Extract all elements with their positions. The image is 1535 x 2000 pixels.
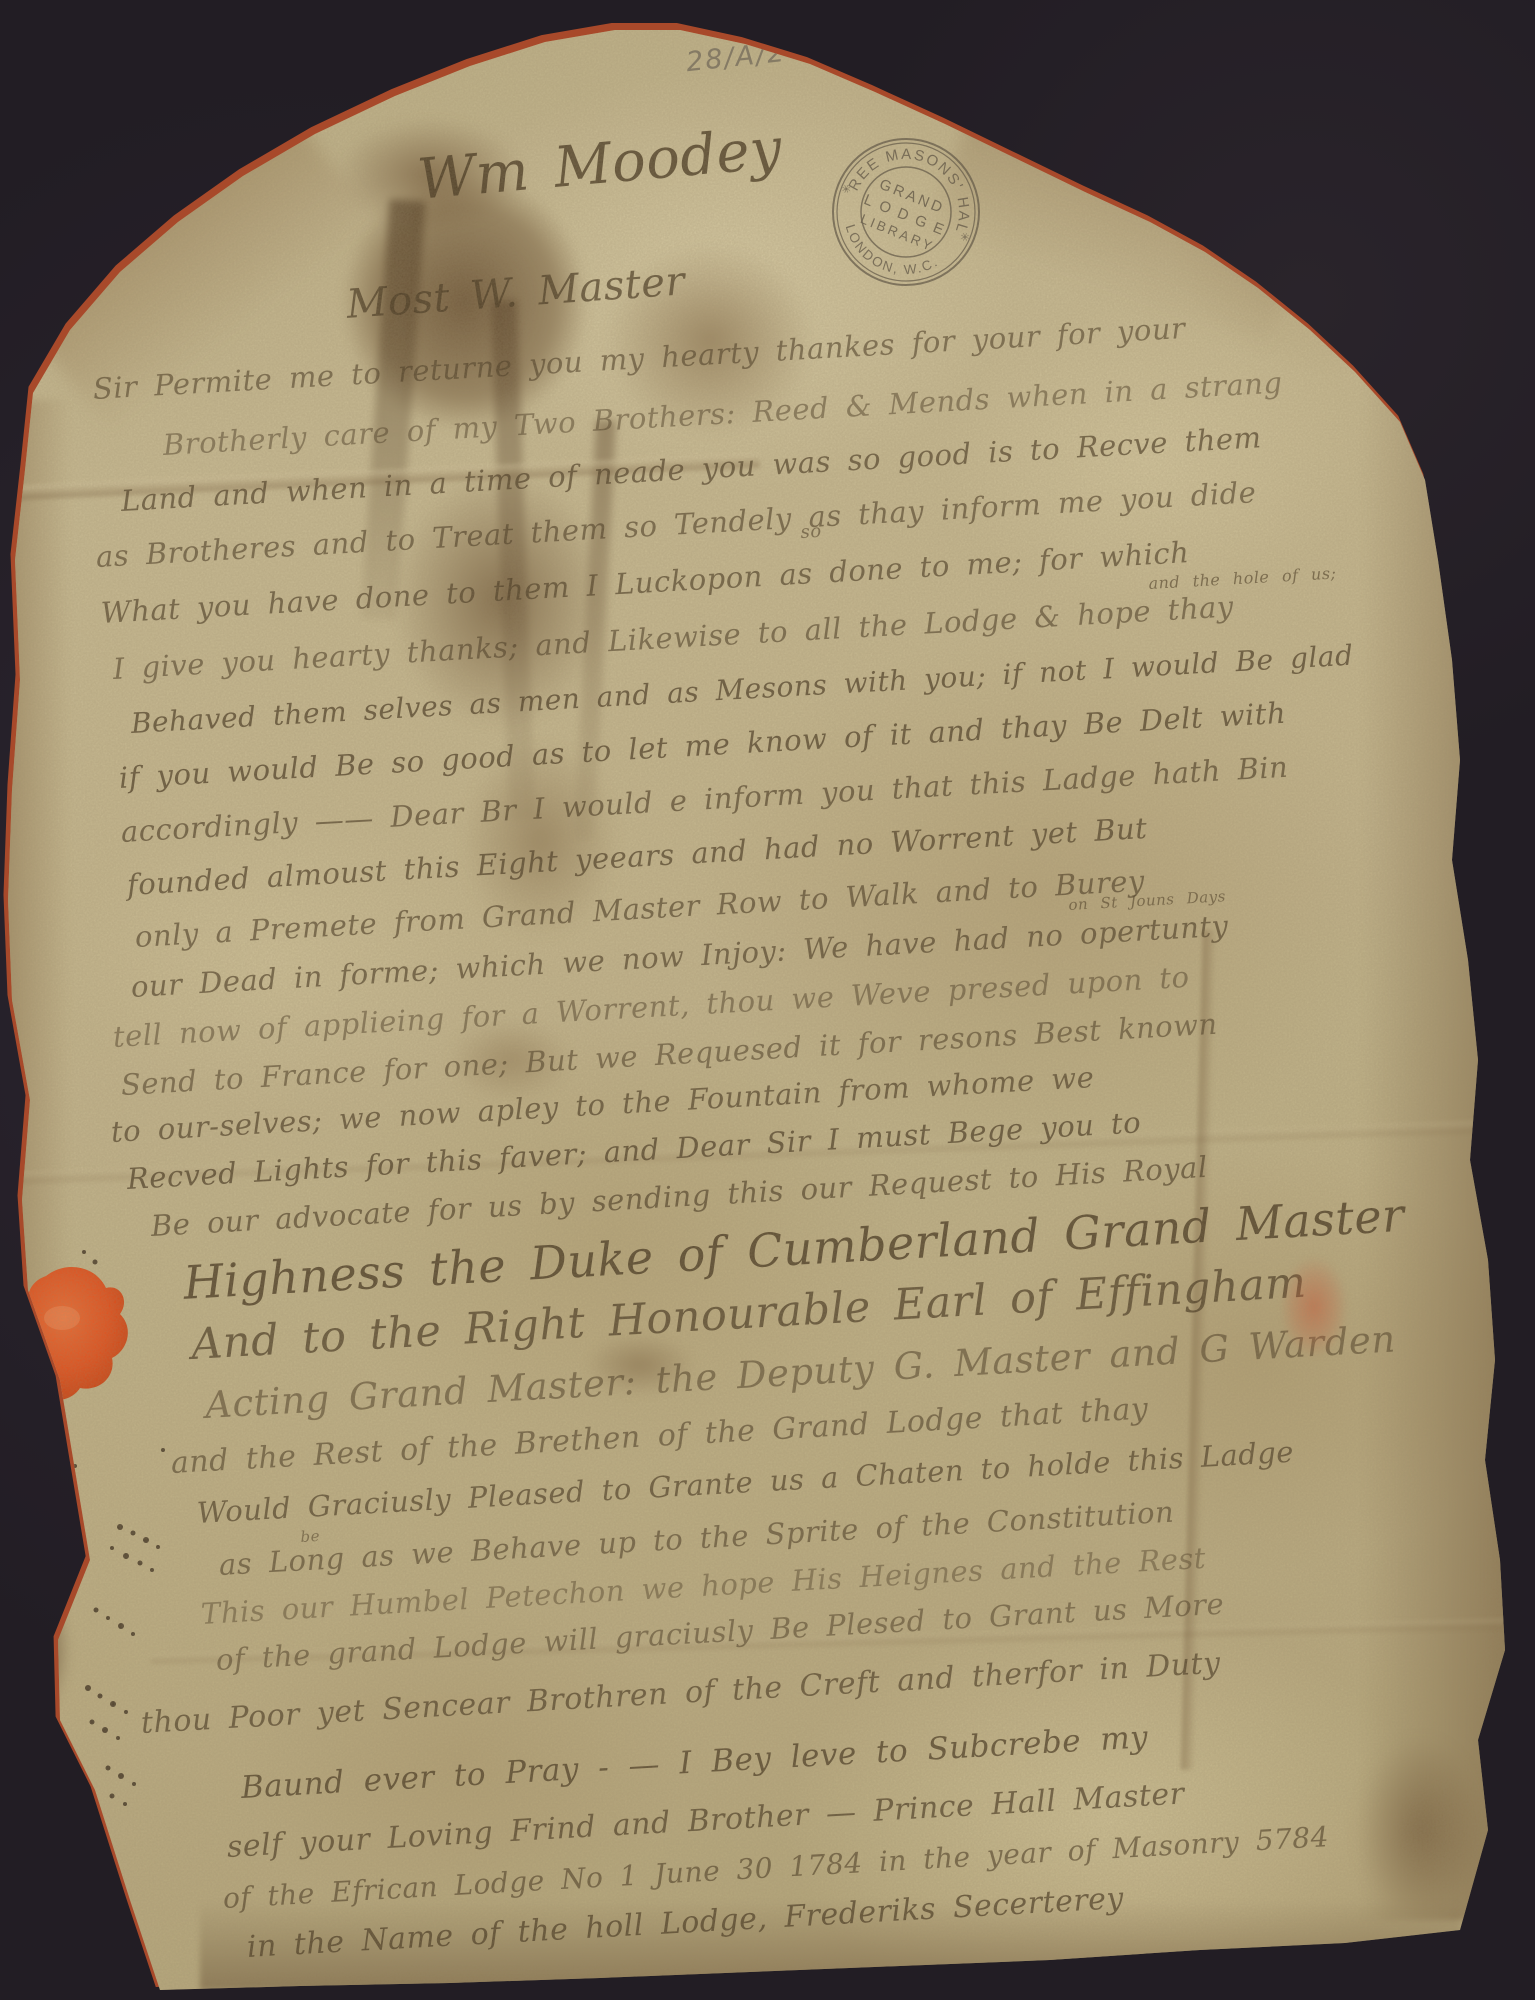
parchment-sheet: 28/A/2 FREE MASONS' HALL LONDON, W.C. ✳ … bbox=[0, 0, 1535, 2000]
wax-seal-droplet bbox=[19, 1403, 41, 1429]
photo-background: 28/A/2 FREE MASONS' HALL LONDON, W.C. ✳ … bbox=[0, 0, 1535, 2000]
ink-spatter bbox=[0, 0, 1535, 2000]
